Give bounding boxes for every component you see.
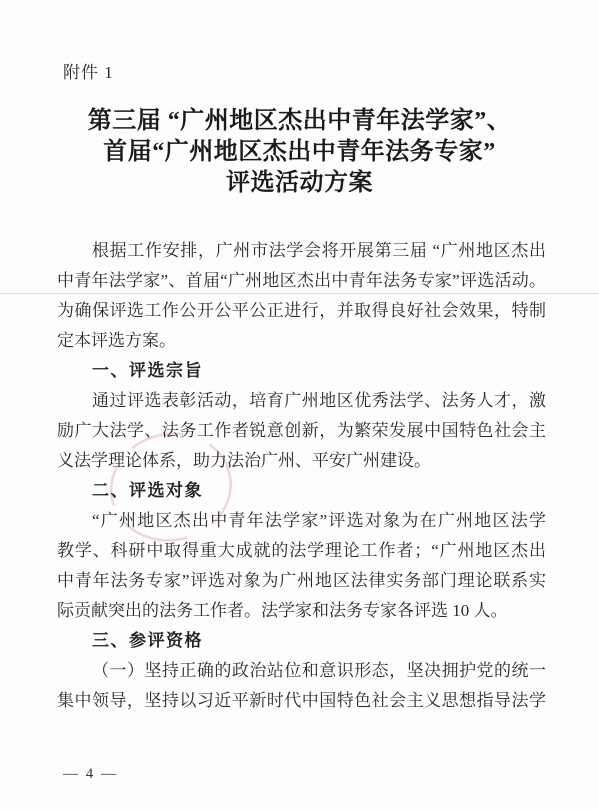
section-heading-1: 一、评选宗旨 [57, 356, 546, 386]
section-heading-3: 三、参评资格 [57, 626, 546, 656]
body-line: 义法学理论体系，助力法治广州、平安广州建设。 [57, 446, 546, 476]
body-line: 教学、科研中取得重大成就的法学理论工作者；“广州地区杰出 [57, 536, 546, 566]
document-title: 第三届 “广州地区杰出中青年法学家”、 首届“广州地区杰出中青年法务专家” 评选… [0, 106, 599, 199]
title-line-1: 第三届 “广州地区杰出中青年法学家”、 [0, 106, 599, 137]
title-line-2: 首届“广州地区杰出中青年法务专家” [0, 137, 599, 168]
body-line: “广州地区杰出中青年法学家”评选对象为在广州地区法学 [57, 506, 546, 536]
body-line: （一）坚持正确的政治站位和意识形态，坚决拥护党的统一 [57, 656, 546, 686]
document-body: 根据工作安排，广州市法学会将开展第三届 “广州地区杰出 中青年法学家”、首届“广… [57, 236, 546, 716]
document-page: 附件 1 第三届 “广州地区杰出中青年法学家”、 首届“广州地区杰出中青年法务专… [0, 0, 599, 809]
body-line: 根据工作安排，广州市法学会将开展第三届 “广州地区杰出 [57, 236, 546, 266]
page-number: — 4 — [63, 766, 118, 783]
body-line: 为确保评选工作公开公平公正进行，并取得良好社会效果，特制 [57, 296, 546, 326]
body-line: 际贡献突出的法务工作者。法学家和法务专家各评选 10 人。 [57, 596, 546, 626]
title-line-3: 评选活动方案 [0, 168, 599, 199]
section-heading-2: 二、评选对象 [57, 476, 546, 506]
body-line: 中青年法务专家”评选对象为广州地区法律实务部门理论联系实 [57, 566, 546, 596]
attachment-label: 附件 1 [63, 58, 114, 83]
body-line: 中青年法学家”、首届“广州地区杰出中青年法务专家”评选活动。 [57, 266, 546, 296]
body-line: 通过评选表彰活动，培育广州地区优秀法学、法务人才，激 [57, 386, 546, 416]
body-line: 定本评选方案。 [57, 326, 546, 356]
body-line: 励广大法学、法务工作者锐意创新，为繁荣发展中国特色社会主 [57, 416, 546, 446]
body-line: 集中领导，坚持以习近平新时代中国特色社会主义思想指导法学 [57, 686, 546, 716]
